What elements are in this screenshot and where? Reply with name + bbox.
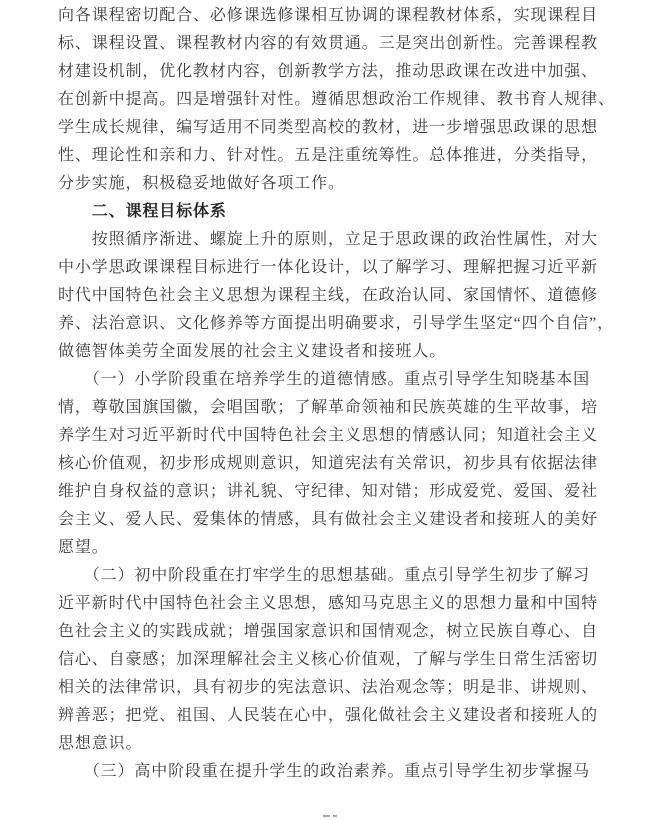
text-line: （二）初中阶段重在打牢学生的思想基础。重点引导学生初步了解习 [58, 562, 598, 590]
document-body: 向各课程密切配合、必修课选修课相互协调的课程教材体系，实现课程目标、课程设置、课… [58, 2, 598, 786]
text-line: 核心价值观，初步形成规则意识，知道宪法有关常识，初步具有依据法律 [58, 450, 598, 478]
section-heading: 二、课程目标体系 [58, 198, 598, 226]
text-line: 材建设机制，优化教材内容，创新教学方法，推动思政课在改进中加强、 [58, 58, 598, 86]
text-line: 时代中国特色社会主义思想为课程主线，在政治认同、家国情怀、道德修 [58, 282, 598, 310]
text-line: 做德智体美劳全面发展的社会主义建设者和接班人。 [58, 338, 598, 366]
text-line: 思想意识。 [58, 730, 598, 758]
text-line: 情，尊敬国旗国徽，会唱国歌；了解革命领袖和民族英雄的生平故事，培 [58, 394, 598, 422]
text-line: （三）高中阶段重在提升学生的政治素养。重点引导学生初步掌握马 [58, 758, 598, 786]
page-number-mark [333, 815, 337, 817]
page-number-mark [323, 815, 330, 817]
text-line: 向各课程密切配合、必修课选修课相互协调的课程教材体系，实现课程目 [58, 2, 598, 30]
text-line: 养学生对习近平新时代中国特色社会主义思想的情感认同；知道社会主义 [58, 422, 598, 450]
text-line: 会主义、爱人民、爱集体的情感，具有做社会主义建设者和接班人的美好 [58, 506, 598, 534]
text-line: 相关的法律常识，具有初步的宪法意识、法治观念等；明是非、讲规则、 [58, 674, 598, 702]
text-line: 信心、自豪感；加深理解社会主义核心价值观，了解与学生日常生活密切 [58, 646, 598, 674]
text-line: 色社会主义的实践成就；增强国家意识和国情观念，树立民族自尊心、自 [58, 618, 598, 646]
document-page: 向各课程密切配合、必修课选修课相互协调的课程教材体系，实现课程目标、课程设置、课… [0, 0, 660, 820]
text-line: 在创新中提高。四是增强针对性。遵循思想政治工作规律、教书育人规律、 [58, 86, 598, 114]
text-line: 养、法治意识、文化修养等方面提出明确要求，引导学生坚定“四个自信”， [58, 310, 598, 338]
text-line: 辨善恶；把党、祖国、人民装在心中，强化做社会主义建设者和接班人的 [58, 702, 598, 730]
text-line: 分步实施，积极稳妥地做好各项工作。 [58, 170, 598, 198]
text-line: 中小学思政课课程目标进行一体化设计，以了解学习、理解把握习近平新 [58, 254, 598, 282]
text-line: 愿望。 [58, 534, 598, 562]
text-line: 性、理论性和亲和力、针对性。五是注重统筹性。总体推进，分类指导， [58, 142, 598, 170]
text-line: 标、课程设置、课程教材内容的有效贯通。三是突出创新性。完善课程教 [58, 30, 598, 58]
text-line: 学生成长规律，编写适用不同类型高校的教材，进一步增强思政课的思想 [58, 114, 598, 142]
text-line: 按照循序渐进、螺旋上升的原则，立足于思政课的政治性属性，对大 [58, 226, 598, 254]
text-line: （一）小学阶段重在培养学生的道德情感。重点引导学生知晓基本国 [58, 366, 598, 394]
text-line: 近平新时代中国特色社会主义思想，感知马克思主义的思想力量和中国特 [58, 590, 598, 618]
text-line: 维护自身权益的意识；讲礼貌、守纪律、知对错；形成爱党、爱国、爱社 [58, 478, 598, 506]
